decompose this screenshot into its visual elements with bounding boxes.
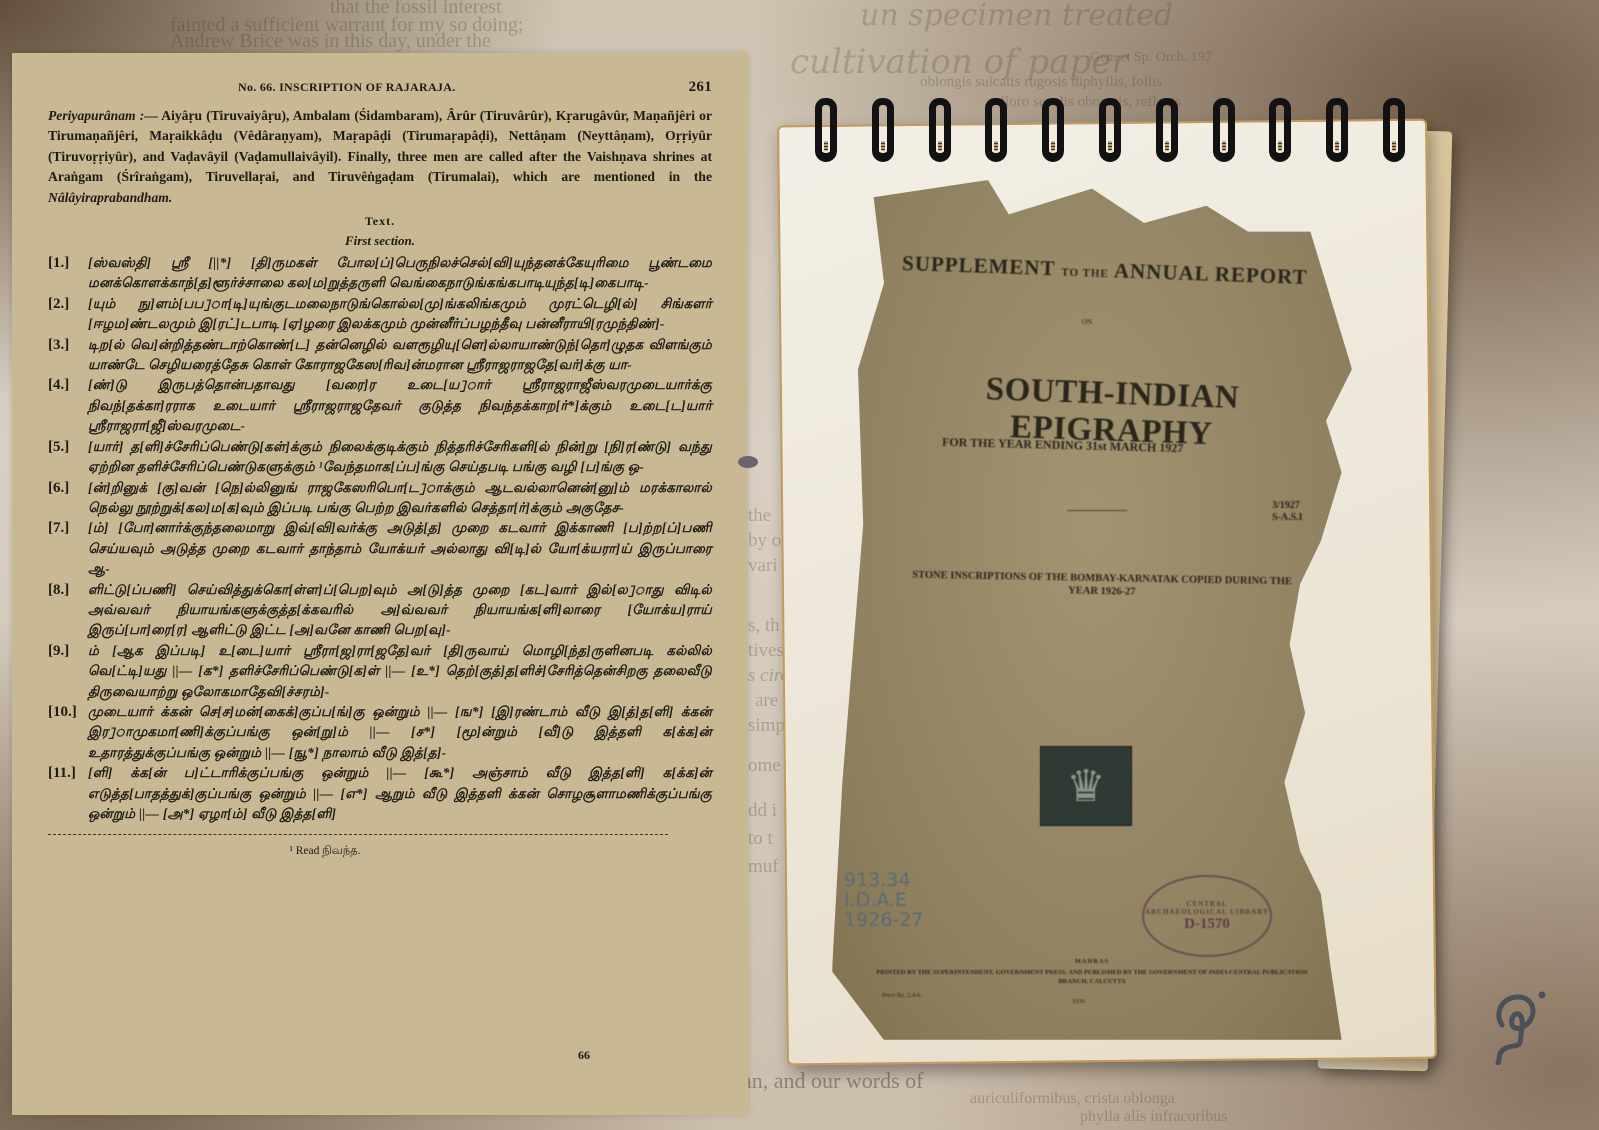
spiral-ring-icon — [1326, 98, 1348, 162]
intro-paragraph: Periyapurânam :— Aiyâṛu (Tiruvaiyâṛu), A… — [48, 106, 712, 208]
line-text: [ளி] க்க[ன் ப]ட்டாரிக்குப்பங்கு ஒன்றும் … — [88, 763, 712, 824]
inscription-line: [4.][ண்]டு இருபத்தொன்பதாவது [வரை]ர உடை[ய… — [48, 375, 712, 436]
cover-printed-by: PRINTED BY THE SUPERINTENDENT, GOVERNMEN… — [872, 968, 1312, 986]
inscription-line: [3.]டிற[ல் வெ]ன்றித்தண்டாற்கொண்[ட] தன்னெ… — [48, 335, 712, 376]
inscription-line: [9.]ம் [ஆக இப்படி] உ[டை]யார் ஸ்ரீரா[ஜ]ரா… — [48, 641, 712, 702]
line-number: [2.] — [48, 294, 88, 335]
cover-supplement-line: SUPPLEMENT TO THE ANNUAL REPORT — [902, 251, 1308, 290]
line-number: [3.] — [48, 335, 88, 376]
line-text: முடையார் க்கன் செ[ச]மன்[கைக்]குப்ப[ங்]கு… — [88, 702, 712, 763]
line-text: ம் [ஆக இப்படி] உ[டை]யார் ஸ்ரீரா[ஜ]ரா[ஜதே… — [88, 641, 712, 702]
torn-report-cover: SUPPLEMENT TO THE ANNUAL REPORT ON SOUTH… — [832, 180, 1352, 1040]
background-script-1: un specimen treated — [860, 0, 1173, 33]
ink-blot — [738, 456, 758, 468]
line-number: [6.] — [48, 478, 88, 519]
inscription-line: [5.][யார்] த[ளி]ச்சேரிப்பெண்டு[கள்]க்கும… — [48, 437, 712, 478]
spiral-ring-icon — [1383, 98, 1405, 162]
line-number: [11.] — [48, 763, 88, 824]
side-stamp-line: S-A.S.I — [1272, 512, 1303, 524]
spiral-ring-icon — [815, 98, 837, 162]
cover-on: ON — [1082, 318, 1092, 326]
line-number: [1.] — [48, 253, 88, 294]
library-stamp-number: D-1570 — [1184, 916, 1230, 933]
page-number: 261 — [689, 79, 712, 96]
spiral-ring-icon — [1042, 98, 1064, 162]
footnote: ¹ Read நிவந்த. — [48, 845, 712, 859]
cover-price: Price Rs. 2.4.0. — [882, 992, 922, 999]
call-number-line: 1926-27 — [844, 910, 923, 930]
background-side-fragment: simp — [748, 715, 785, 737]
section-heading: First section. — [48, 233, 712, 249]
library-stamp-ring: CENTRAL ARCHAEOLOGICAL LIBRARY — [1144, 900, 1270, 916]
spiral-ring-icon — [1213, 98, 1235, 162]
line-number: [9.] — [48, 641, 88, 702]
background-side-fragment: ome — [748, 755, 781, 777]
spiral-binding — [815, 98, 1405, 162]
footer-page-number: 66 — [578, 1048, 590, 1063]
background-side-fragment: to t — [748, 828, 773, 850]
spiral-ring-icon — [929, 98, 951, 162]
line-number: [5.] — [48, 437, 88, 478]
scanned-book-page: No. 66. INSCRIPTION OF RAJARAJA. 261 Per… — [12, 53, 748, 1115]
inscription-line: [1.][ஸ்வஸ்தி] ஸ்ரீ [||*] [தி]ருமகள் போல[… — [48, 253, 712, 294]
footnote-divider — [48, 834, 668, 835]
line-number: [8.] — [48, 580, 88, 641]
intro-tail: Nâlâyiraprabandham. — [48, 190, 172, 205]
background-text-bottom-2: auriculiformibus, crista oblonga — [970, 1090, 1175, 1108]
brand-logo-icon — [1488, 985, 1548, 1065]
background-side-fragment: tives — [748, 640, 784, 662]
inscription-line: [8.]ளிட்டு[ப்பணி] செய்வித்துக்கொ[ள்ள]ப்[… — [48, 580, 712, 641]
spiral-ring-icon — [1269, 98, 1291, 162]
spiral-ring-icon — [872, 98, 894, 162]
line-text: ளிட்டு[ப்பணி] செய்வித்துக்கொ[ள்ள]ப்[பெற]… — [88, 580, 712, 641]
background-text-top-right-2: oblongis sulcatis rugosis diphyllis, fol… — [920, 74, 1162, 91]
line-text: டிற[ல் வெ]ன்றித்தண்டாற்கொண்[ட] தன்னெழில்… — [88, 335, 712, 376]
coat-of-arms-icon: ♛ — [1040, 746, 1132, 826]
background-side-fragment: muf — [748, 856, 779, 878]
background-side-fragment: by o — [748, 530, 781, 552]
cover-madras: MADRAS — [832, 958, 1352, 965]
line-number: [7.] — [48, 518, 88, 579]
spiral-ring-icon — [985, 98, 1007, 162]
cover-supplement: SUPPLEMENT — [902, 251, 1056, 280]
cover-divider — [1067, 510, 1127, 511]
handwritten-call-number: 913.34 I.D.A.E 1926-27 — [844, 870, 923, 930]
background-text-bottom-1: an, and our words of — [742, 1068, 923, 1094]
line-text: [ண்]டு இருபத்தொன்பதாவது [வரை]ர உடை[ய]ார்… — [88, 375, 712, 436]
running-header-title: No. 66. INSCRIPTION OF RAJARAJA. — [238, 80, 456, 95]
line-number: [4.] — [48, 375, 88, 436]
background-side-fragment: s, th — [748, 615, 780, 637]
inscription-line: [11.][ளி] க்க[ன் ப]ட்டாரிக்குப்பங்கு ஒன்… — [48, 763, 712, 824]
line-text: [ம்] [போ]னார்க்குந்தலைமாறு இவ்[வி]வர்க்க… — [88, 518, 712, 579]
background-side-fragment: vari — [748, 555, 778, 577]
line-text: [ஸ்வஸ்தி] ஸ்ரீ [||*] [தி]ருமகள் போல[ப்]ப… — [88, 253, 712, 294]
inscription-line: [6.][ன்]றினுக் [கு]வன் [நெ]ல்லினுங் ராஜக… — [48, 478, 712, 519]
intro-lead: Periyapurânam :— — [48, 108, 158, 123]
background-text-bottom-3: phylla alis infracoribus — [1080, 1108, 1228, 1126]
inscription-line: [2.][யும் நு]ளம்[பப]ா[டி]யுங்குடமலைநாடுங… — [48, 294, 712, 335]
side-stamp-line: 3/1927 — [1272, 500, 1303, 512]
inscription-line: [7.][ம்] [போ]னார்க்குந்தலைமாறு இவ்[வி]வர… — [48, 518, 712, 579]
cover-publication-year: 1930 — [1072, 998, 1085, 1005]
background-side-fragment: the — [748, 505, 771, 527]
line-text: [யார்] த[ளி]ச்சேரிப்பெண்டு[கள்]க்கும் நி… — [88, 437, 712, 478]
text-heading: Text. — [48, 214, 712, 229]
background-side-fragment: dd i — [748, 800, 777, 822]
cover-to-the: TO THE — [1061, 266, 1109, 280]
call-number-line: I.D.A.E — [844, 890, 923, 910]
line-text: [யும் நு]ளம்[பப]ா[டி]யுங்குடமலைநாடுங்கொல… — [88, 294, 712, 335]
background-text-top-3: Andrew Brice was in this day, under the — [170, 30, 491, 53]
inscription-line: [10.]முடையார் க்கன் செ[ச]மன்[கைக்]குப்ப[… — [48, 702, 712, 763]
cover-annual-report: ANNUAL REPORT — [1114, 258, 1308, 289]
cover-side-stamp: 3/1927 S-A.S.I — [1272, 500, 1303, 524]
spiral-ring-icon — [1099, 98, 1121, 162]
background-text-top-right-1: Gen. et Sp. Orch. 197 — [1090, 50, 1212, 66]
line-number: [10.] — [48, 702, 88, 763]
library-stamp: CENTRAL ARCHAEOLOGICAL LIBRARY D-1570 — [1142, 875, 1272, 957]
spiral-ring-icon — [1156, 98, 1178, 162]
inscription-lines: [1.][ஸ்வஸ்தி] ஸ்ரீ [||*] [தி]ருமகள் போல[… — [48, 253, 712, 824]
line-text: [ன்]றினுக் [கு]வன் [நெ]ல்லினுங் ராஜகேஸரி… — [88, 478, 712, 519]
background-side-fragment: are — [755, 690, 778, 712]
page-running-header: No. 66. INSCRIPTION OF RAJARAJA. 261 — [48, 79, 712, 96]
call-number-line: 913.34 — [844, 870, 923, 890]
cover-stone-inscriptions: STONE INSCRIPTIONS OF THE BOMBAY-KARNATA… — [902, 569, 1302, 602]
